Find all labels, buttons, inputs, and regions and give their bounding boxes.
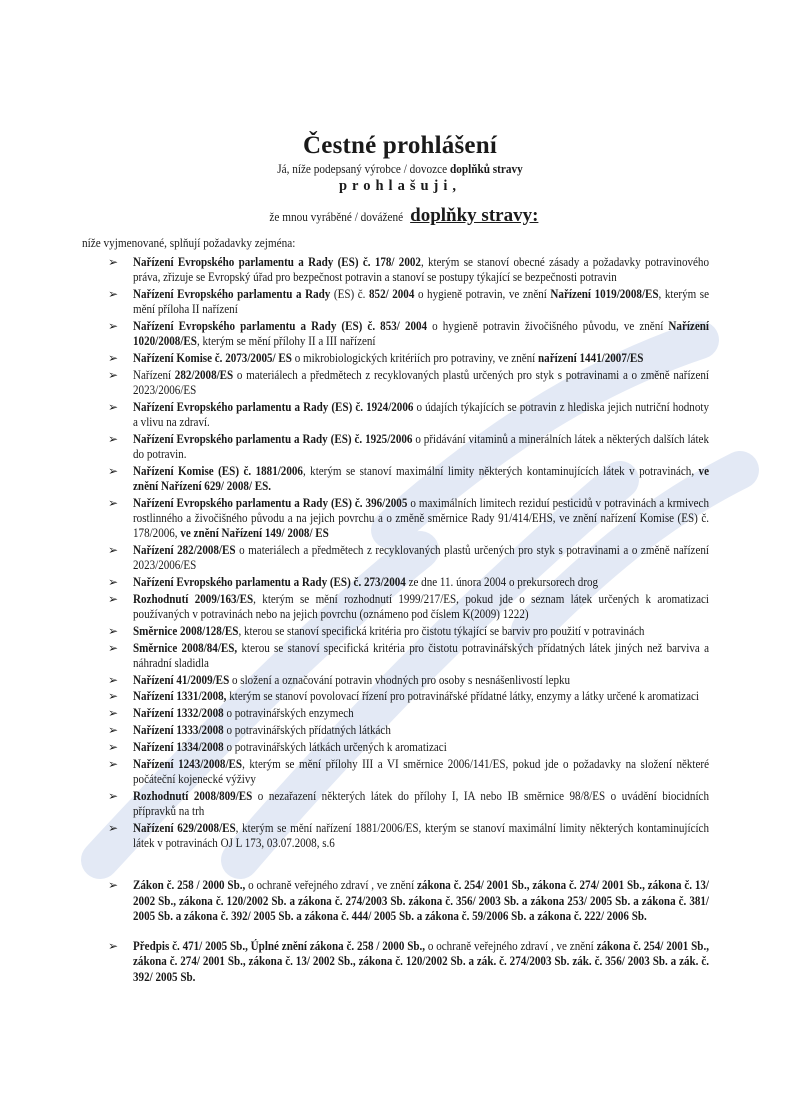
- arrow-bullet-icon: ➢: [108, 368, 118, 383]
- regulation-item-text: Nařízení 1333/2008 o potravinářských pří…: [133, 723, 709, 738]
- products-heading: doplňky stravy:: [410, 205, 538, 226]
- arrow-bullet-icon: ➢: [108, 789, 118, 804]
- regulation-item-text: Nařízení Evropského parlamentu a Rady (E…: [133, 432, 709, 462]
- page-title: Čestné prohlášení: [0, 132, 800, 160]
- regulation-item-text: Rozhodnutí 2009/163/ES, kterým se mění r…: [133, 592, 709, 622]
- arrow-bullet-icon: ➢: [108, 689, 118, 704]
- regulation-item: ➢Nařízení Evropského parlamentu a Rady (…: [108, 575, 708, 590]
- products-prefix: že mnou vyráběné / dovážené: [269, 210, 403, 225]
- regulation-item-text: Nařízení 1331/2008, kterým se stanoví po…: [133, 689, 709, 704]
- regulation-item-text: Směrnice 2008/128/ES, kterou se stanoví …: [133, 624, 709, 639]
- arrow-bullet-icon: ➢: [108, 575, 118, 590]
- intro-text: níže vyjmenované, splňují požadavky zejm…: [82, 236, 295, 251]
- regulation-item-text: Nařízení 1332/2008 o potravinářských enz…: [133, 706, 709, 721]
- arrow-bullet-icon: ➢: [108, 496, 118, 511]
- arrow-bullet-icon: ➢: [108, 464, 118, 479]
- regulation-item: ➢Nařízení Evropského parlamentu a Rady (…: [108, 287, 708, 317]
- regulation-item-text: Nařízení 282/2008/ES o materiálech a pře…: [133, 368, 709, 398]
- regulation-item-text: Nařízení 1243/2008/ES, kterým se mění př…: [133, 757, 709, 787]
- regulation-item-text: Nařízení Evropského parlamentu a Rady (E…: [133, 287, 709, 317]
- declarant-line: Já, níže podepsaný výrobce / dovozce dop…: [40, 162, 760, 177]
- regulation-item-text: Směrnice 2008/84/ES, kterou se stanoví s…: [133, 641, 709, 671]
- regulation-item: ➢Nařízení 41/2009/ES o složení a označov…: [108, 673, 708, 688]
- regulation-item: ➢Nařízení 282/2008/ES o materiálech a př…: [108, 368, 708, 398]
- arrow-bullet-icon: ➢: [108, 351, 118, 366]
- regulation-item: ➢Nařízení Evropského parlamentu a Rady (…: [108, 496, 708, 542]
- law-item: ➢Předpis č. 471/ 2005 Sb., Úplné znění z…: [108, 939, 708, 986]
- arrow-bullet-icon: ➢: [108, 878, 118, 894]
- regulation-item: ➢Směrnice 2008/84/ES, kterou se stanoví …: [108, 641, 708, 671]
- regulation-item-text: Nařízení Evropského parlamentu a Rady (E…: [133, 319, 709, 349]
- arrow-bullet-icon: ➢: [108, 641, 118, 656]
- declare-heading: prohlašuji,: [0, 178, 800, 195]
- regulation-item: ➢Nařízení Evropského parlamentu a Rady (…: [108, 432, 708, 462]
- arrow-bullet-icon: ➢: [108, 757, 118, 772]
- regulation-item-text: Nařízení Evropského parlamentu a Rady (E…: [133, 255, 709, 285]
- arrow-bullet-icon: ➢: [108, 400, 118, 415]
- arrow-bullet-icon: ➢: [108, 939, 118, 955]
- law-item-text: Předpis č. 471/ 2005 Sb., Úplné znění zá…: [133, 939, 709, 986]
- arrow-bullet-icon: ➢: [108, 821, 118, 836]
- regulation-item: ➢Nařízení Komise (ES) č. 1881/2006, kter…: [108, 464, 708, 494]
- arrow-bullet-icon: ➢: [108, 706, 118, 721]
- arrow-bullet-icon: ➢: [108, 287, 118, 302]
- arrow-bullet-icon: ➢: [108, 673, 118, 688]
- regulation-item-text: Rozhodnutí 2008/809/ES o nezařazení někt…: [133, 789, 709, 819]
- regulation-item: ➢Nařízení 1334/2008 o potravinářských lá…: [108, 740, 708, 755]
- regulation-item-text: Nařízení Evropského parlamentu a Rady (E…: [133, 400, 709, 430]
- law-item-text: Zákon č. 258 / 2000 Sb., o ochraně veřej…: [133, 878, 709, 925]
- arrow-bullet-icon: ➢: [108, 624, 118, 639]
- regulation-item: ➢Nařízení 1331/2008, kterým se stanoví p…: [108, 689, 708, 704]
- arrow-bullet-icon: ➢: [108, 432, 118, 447]
- arrow-bullet-icon: ➢: [108, 319, 118, 334]
- declarant-product: doplňků stravy: [450, 162, 523, 176]
- laws-list: ➢Zákon č. 258 / 2000 Sb., o ochraně veře…: [108, 878, 708, 1000]
- regulations-list: ➢Nařízení Evropského parlamentu a Rady (…: [108, 255, 708, 853]
- arrow-bullet-icon: ➢: [108, 255, 118, 270]
- regulation-item: ➢Nařízení Komise č. 2073/2005/ ES o mikr…: [108, 351, 708, 366]
- regulation-item: ➢Rozhodnutí 2008/809/ES o nezařazení něk…: [108, 789, 708, 819]
- regulation-item-text: Nařízení 41/2009/ES o složení a označová…: [133, 673, 709, 688]
- arrow-bullet-icon: ➢: [108, 740, 118, 755]
- regulation-item-text: Nařízení Evropského parlamentu a Rady (E…: [133, 575, 709, 590]
- regulation-item: ➢Nařízení 629/2008/ES, kterým se mění na…: [108, 821, 708, 851]
- arrow-bullet-icon: ➢: [108, 543, 118, 558]
- regulation-item: ➢Nařízení 1333/2008 o potravinářských př…: [108, 723, 708, 738]
- regulation-item-text: Nařízení Komise č. 2073/2005/ ES o mikro…: [133, 351, 709, 366]
- regulation-item-text: Nařízení 282/2008/ES o materiálech a pře…: [133, 543, 709, 573]
- regulation-item: ➢Nařízení Evropského parlamentu a Rady (…: [108, 255, 708, 285]
- regulation-item-text: Nařízení Komise (ES) č. 1881/2006, který…: [133, 464, 709, 494]
- regulation-item-text: Nařízení 629/2008/ES, kterým se mění nař…: [133, 821, 709, 851]
- regulation-item: ➢Nařízení 1243/2008/ES, kterým se mění p…: [108, 757, 708, 787]
- arrow-bullet-icon: ➢: [108, 723, 118, 738]
- regulation-item-text: Nařízení Evropského parlamentu a Rady (E…: [133, 496, 709, 542]
- products-line: že mnou vyráběné / dovážené doplňky stra…: [0, 205, 800, 227]
- declarant-text: Já, níže podepsaný výrobce / dovozce: [277, 162, 450, 176]
- regulation-item: ➢Nařízení Evropského parlamentu a Rady (…: [108, 319, 708, 349]
- regulation-item: ➢Nařízení 1332/2008 o potravinářských en…: [108, 706, 708, 721]
- regulation-item: ➢Nařízení Evropského parlamentu a Rady (…: [108, 400, 708, 430]
- regulation-item: ➢Směrnice 2008/128/ES, kterou se stanoví…: [108, 624, 708, 639]
- regulation-item: ➢Rozhodnutí 2009/163/ES, kterým se mění …: [108, 592, 708, 622]
- document-page: Čestné prohlášení Já, níže podepsaný výr…: [0, 0, 800, 1100]
- arrow-bullet-icon: ➢: [108, 592, 118, 607]
- regulation-item: ➢Nařízení 282/2008/ES o materiálech a př…: [108, 543, 708, 573]
- law-item: ➢Zákon č. 258 / 2000 Sb., o ochraně veře…: [108, 878, 708, 925]
- regulation-item-text: Nařízení 1334/2008 o potravinářských lát…: [133, 740, 709, 755]
